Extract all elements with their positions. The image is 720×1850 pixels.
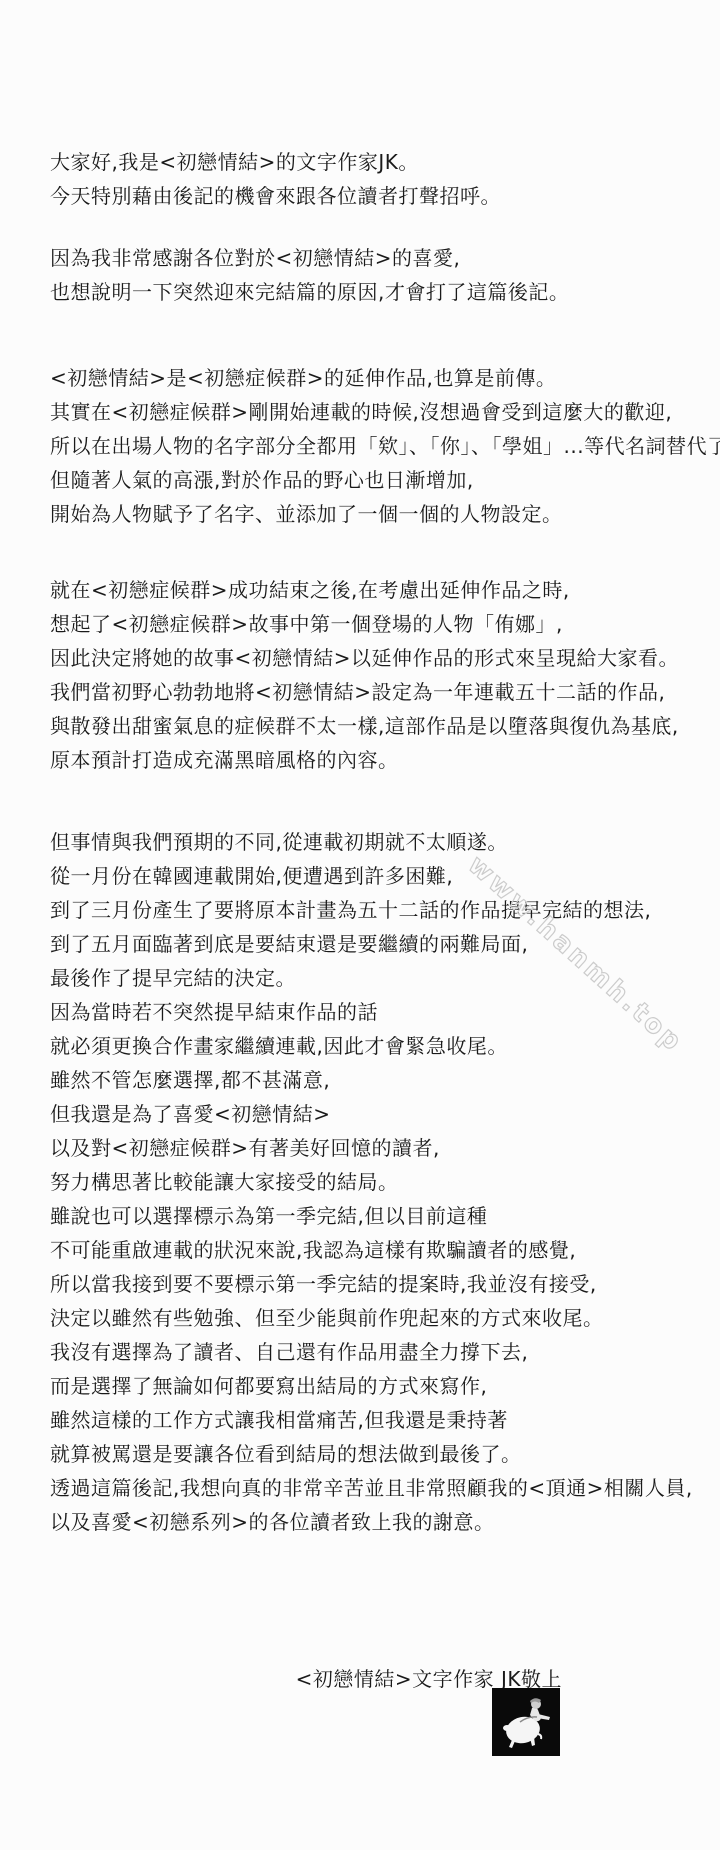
publisher-logo xyxy=(492,1688,560,1756)
text-line: 但事情與我們預期的不同,從連載初期就不太順遂。 xyxy=(50,825,710,859)
text-line: 從一月份在韓國連載開始,便遭遇到許多困難, xyxy=(50,859,710,893)
text-line: 所以當我接到要不要標示第一季完結的提案時,我並沒有接受, xyxy=(50,1267,710,1301)
paragraph-5: 但事情與我們預期的不同,從連載初期就不太順遂。從一月份在韓國連載開始,便遭遇到許… xyxy=(50,825,710,1539)
author-signature: <初戀情結>文字作家 JK敬上 xyxy=(0,1663,562,1692)
text-line: 我沒有選擇為了讀者、自己還有作品用盡全力撐下去, xyxy=(50,1335,710,1369)
text-line: 想起了<初戀症候群>故事中第一個登場的人物「侑娜」, xyxy=(50,607,710,641)
text-line: 雖然不管怎麼選擇,都不甚滿意, xyxy=(50,1063,710,1097)
text-line: 大家好,我是<初戀情結>的文字作家JK。 xyxy=(50,145,710,179)
text-line: 決定以雖然有些勉強、但至少能與前作兜起來的方式來收尾。 xyxy=(50,1301,710,1335)
paragraph-3: <初戀情結>是<初戀症候群>的延伸作品,也算是前傳。其實在<初戀症候群>剛開始連… xyxy=(50,361,710,531)
text-line: 就算被罵還是要讓各位看到結局的想法做到最後了。 xyxy=(50,1437,710,1471)
text-line: 到了三月份產生了要將原本計畫為五十二話的作品提早完結的想法, xyxy=(50,893,710,927)
text-line: 透過這篇後記,我想向真的非常辛苦並且非常照顧我的<頂通>相關人員, xyxy=(50,1471,710,1505)
afterword-page: 大家好,我是<初戀情結>的文字作家JK。今天特別藉由後記的機會來跟各位讀者打聲招… xyxy=(0,0,720,1850)
afterword-text: 大家好,我是<初戀情結>的文字作家JK。今天特別藉由後記的機會來跟各位讀者打聲招… xyxy=(50,145,710,1539)
text-line: 其實在<初戀症候群>剛開始連載的時候,沒想過會受到這麼大的歡迎, xyxy=(50,395,710,429)
text-line: 也想說明一下突然迎來完結篇的原因,才會打了這篇後記。 xyxy=(50,275,710,309)
text-line: 而是選擇了無論如何都要寫出結局的方式來寫作, xyxy=(50,1369,710,1403)
text-line: 到了五月面臨著到底是要結束還是要繼續的兩難局面, xyxy=(50,927,710,961)
text-line: 我們當初野心勃勃地將<初戀情結>設定為一年連載五十二話的作品, xyxy=(50,675,710,709)
paragraph-2: 因為我非常感謝各位對於<初戀情結>的喜愛,也想說明一下突然迎來完結篇的原因,才會… xyxy=(50,241,710,309)
text-line: 與散發出甜蜜氣息的症候群不太一樣,這部作品是以墮落與復仇為基底, xyxy=(50,709,710,743)
text-line: 就在<初戀症候群>成功結束之後,在考慮出延伸作品之時, xyxy=(50,573,710,607)
text-line: 開始為人物賦予了名字、並添加了一個一個的人物設定。 xyxy=(50,497,710,531)
text-line: 因為我非常感謝各位對於<初戀情結>的喜愛, xyxy=(50,241,710,275)
text-line: 但隨著人氣的高漲,對於作品的野心也日漸增加, xyxy=(50,463,710,497)
paragraph-4: 就在<初戀症候群>成功結束之後,在考慮出延伸作品之時,想起了<初戀症候群>故事中… xyxy=(50,573,710,777)
text-line: 就必須更換合作畫家繼續連載,因此才會緊急收尾。 xyxy=(50,1029,710,1063)
text-line: 雖說也可以選擇標示為第一季完結,但以目前這種 xyxy=(50,1199,710,1233)
text-line: <初戀情結>是<初戀症候群>的延伸作品,也算是前傳。 xyxy=(50,361,710,395)
text-line: 所以在出場人物的名字部分全都用「欸」、「你」、「學姐」...等代名詞替代了。 xyxy=(50,429,710,463)
text-line: 但我還是為了喜愛<初戀情結> xyxy=(50,1097,710,1131)
text-line: 最後作了提早完結的決定。 xyxy=(50,961,710,995)
text-line: 原本預計打造成充滿黑暗風格的內容。 xyxy=(50,743,710,777)
paragraph-1: 大家好,我是<初戀情結>的文字作家JK。今天特別藉由後記的機會來跟各位讀者打聲招… xyxy=(50,145,710,213)
text-line: 不可能重啟連載的狀況來說,我認為這樣有欺騙讀者的感覺, xyxy=(50,1233,710,1267)
publisher-logo-figure xyxy=(492,1688,560,1756)
text-line: 因此決定將她的故事<初戀情結>以延伸作品的形式來呈現給大家看。 xyxy=(50,641,710,675)
text-line: 雖然這樣的工作方式讓我相當痛苦,但我還是秉持著 xyxy=(50,1403,710,1437)
text-line: 今天特別藉由後記的機會來跟各位讀者打聲招呼。 xyxy=(50,179,710,213)
text-line: 以及喜愛<初戀系列>的各位讀者致上我的謝意。 xyxy=(50,1505,710,1539)
text-line: 因為當時若不突然提早結束作品的話 xyxy=(50,995,710,1029)
text-line: 以及對<初戀症候群>有著美好回憶的讀者, xyxy=(50,1131,710,1165)
text-line: 努力構思著比較能讓大家接受的結局。 xyxy=(50,1165,710,1199)
